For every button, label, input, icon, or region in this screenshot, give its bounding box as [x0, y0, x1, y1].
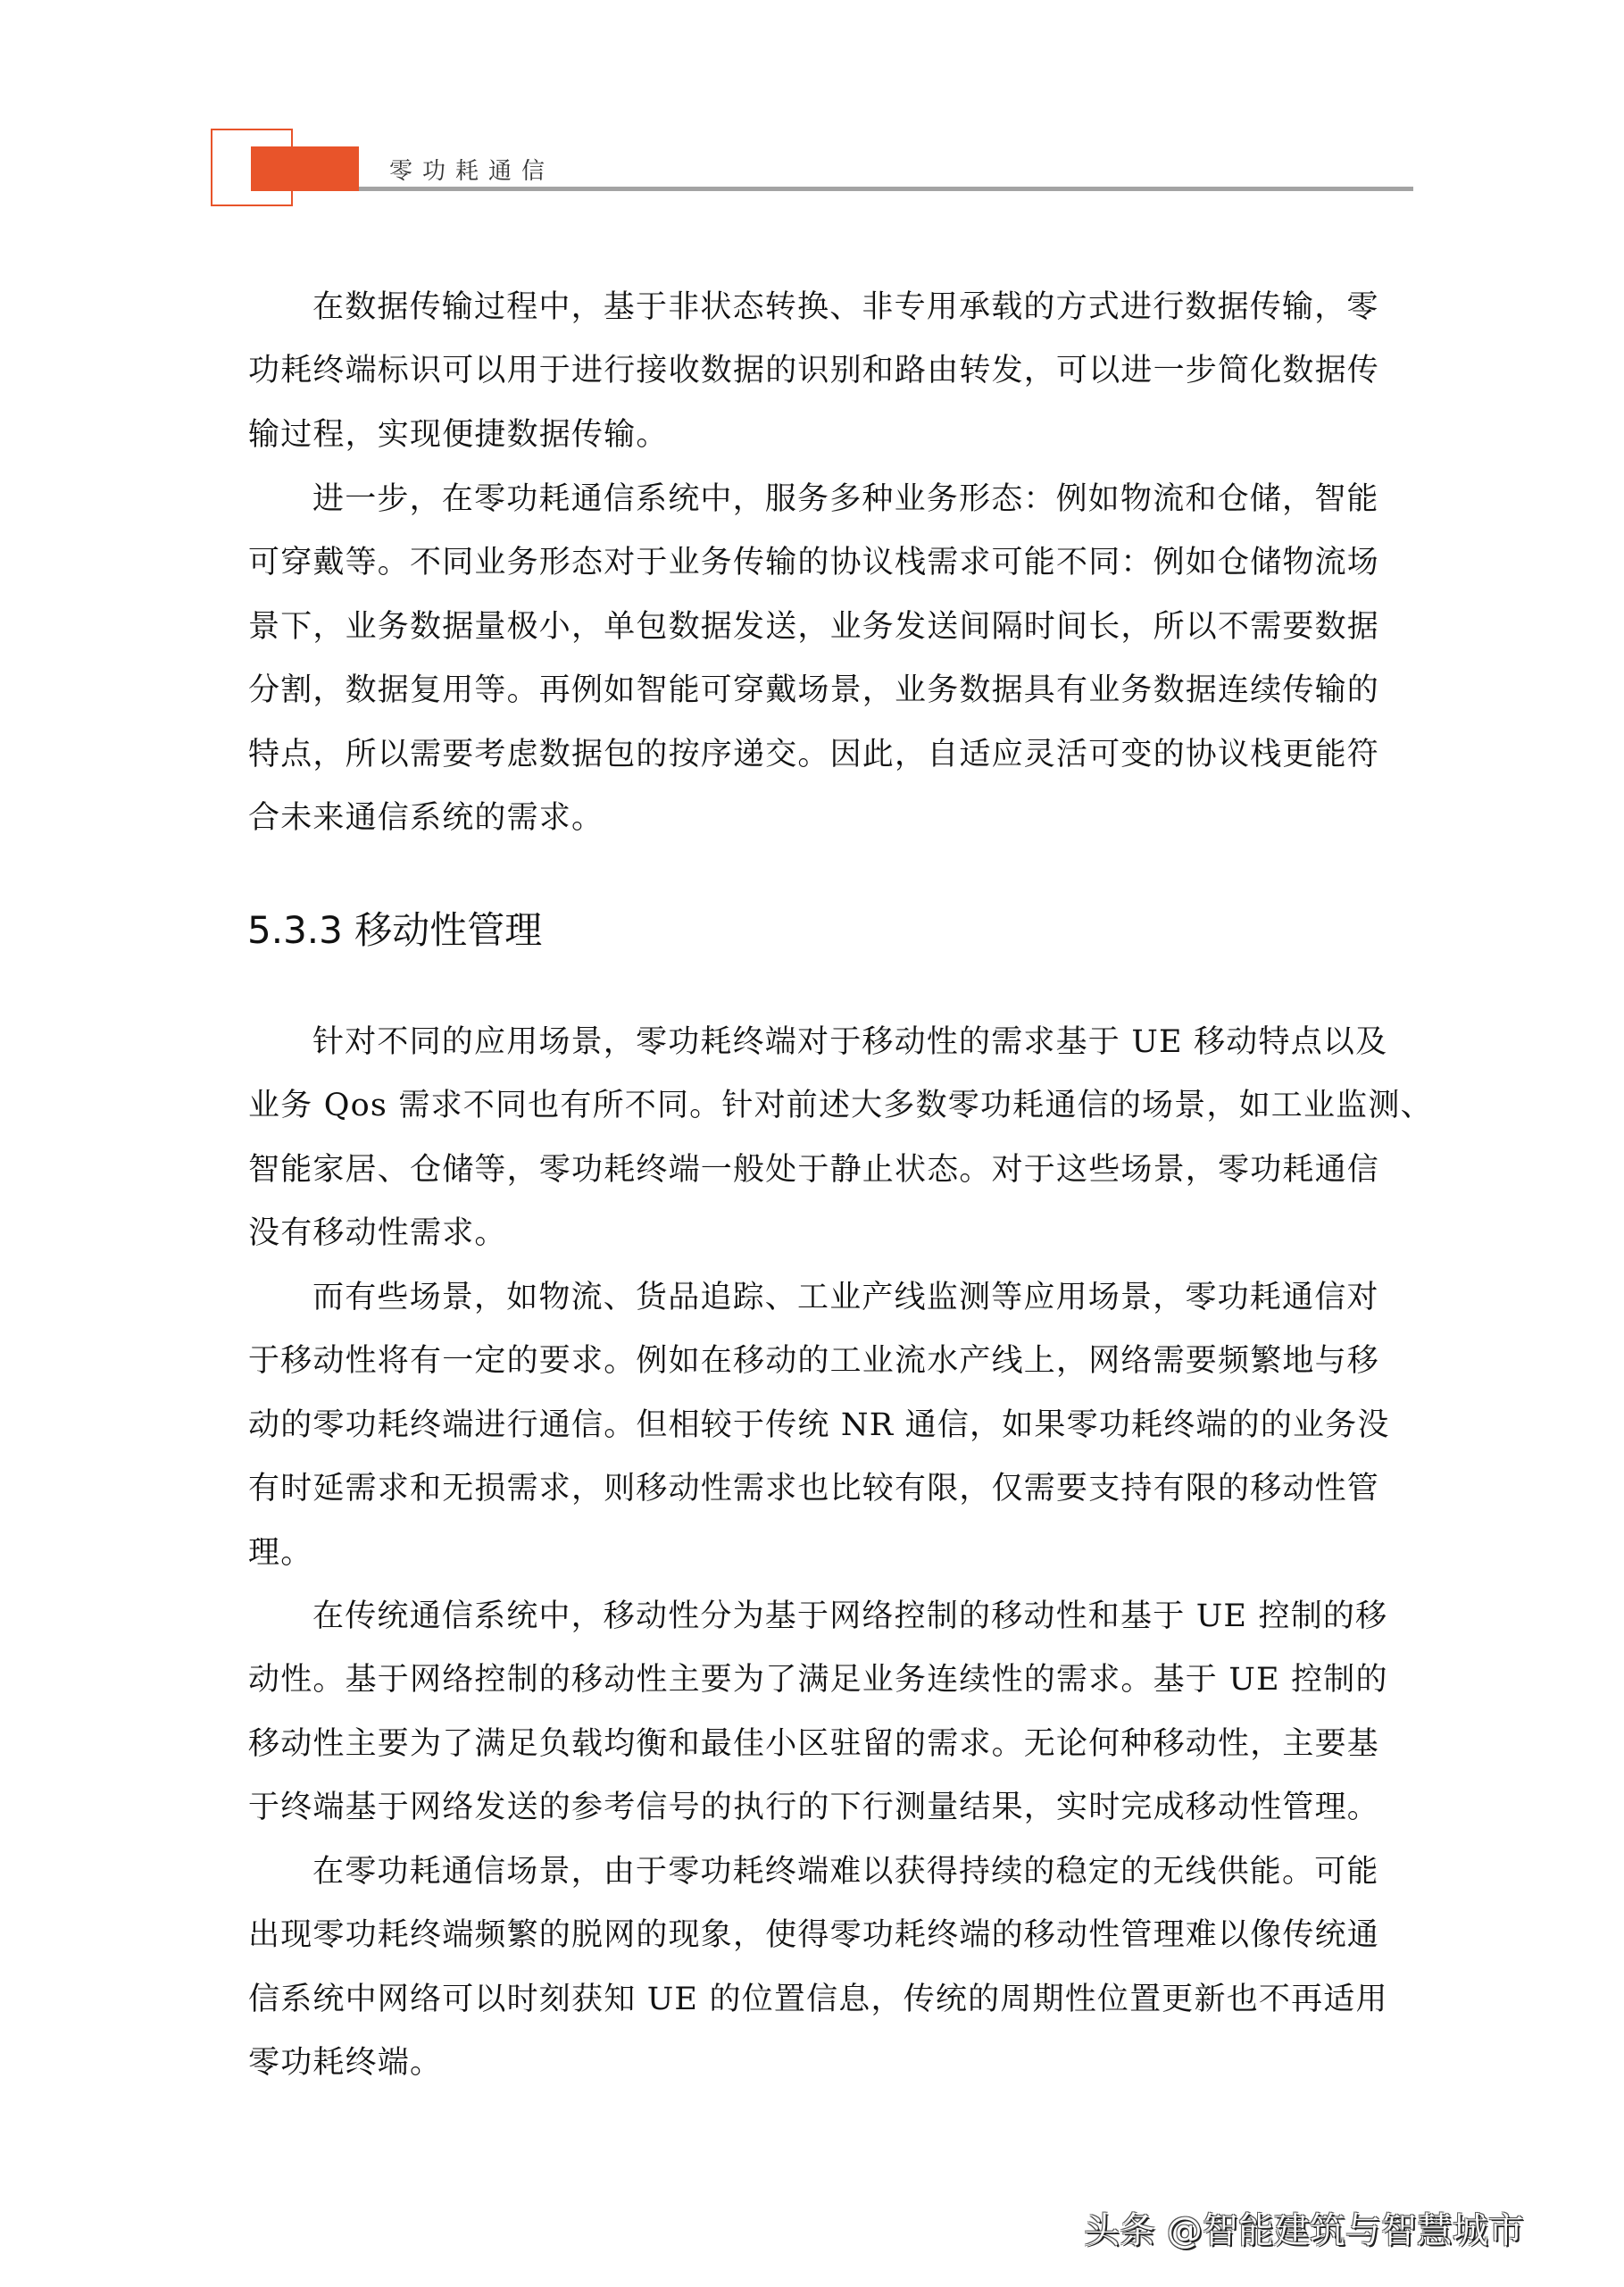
text-line: 出现零功耗终端频繁的脱网的现象，使得零功耗终端的移动性管理难以像传统通 — [248, 1904, 1378, 1967]
text-line: 可穿戴等。不同业务形态对于业务传输的协议栈需求可能不同：例如仓储物流场 — [248, 531, 1378, 595]
text-line: 有时延需求和无损需求，则移动性需求也比较有限，仅需要支持有限的移动性管 — [248, 1457, 1378, 1521]
paragraph: 针对不同的应用场景，零功耗终端对于移动性的需求基于 UE 移动特点以及 业务 Q… — [248, 1011, 1380, 1266]
source-watermark: 头条 @智能建筑与智慧城市 — [1084, 2209, 1524, 2252]
text-line: 特点，所以需要考虑数据包的按序递交。因此，自适应灵活可变的协议栈更能符 — [248, 723, 1378, 787]
text-line: 合未来通信系统的需求。 — [248, 787, 1378, 850]
text-line: 于终端基于网络发送的参考信号的执行的下行测量结果，实时完成移动性管理。 — [248, 1776, 1378, 1840]
header-rule — [359, 187, 1413, 191]
text-line: 功耗终端标识可以用于进行接收数据的识别和路由转发，可以进一步简化数据传 — [248, 339, 1378, 403]
section-heading: 5.3.3 移动性管理 — [247, 906, 542, 956]
text-line: 在传统通信系统中，移动性分为基于网络控制的移动性和基于 UE 控制的移 — [248, 1585, 1378, 1648]
text-line: 分割，数据复用等。再例如智能可穿戴场景，业务数据具有业务数据连续传输的 — [248, 659, 1378, 722]
paragraph: 在传统通信系统中，移动性分为基于网络控制的移动性和基于 UE 控制的移 动性。基… — [248, 1585, 1380, 1840]
text-line: 输过程，实现便捷数据传输。 — [248, 404, 1378, 467]
text-line: 信系统中网络可以时刻获知 UE 的位置信息，传统的周期性位置更新也不再适用 — [248, 1968, 1378, 2032]
text-line: 景下，业务数据量极小，单包数据发送，业务发送间隔时间长，所以不需要数据 — [248, 596, 1378, 659]
text-line: 移动性主要为了满足负载均衡和最佳小区驻留的需求。无论何种移动性，主要基 — [248, 1713, 1378, 1776]
text-line: 智能家居、仓储等，零功耗终端一般处于静止状态。对于这些场景，零功耗通信 — [248, 1139, 1378, 1202]
text-line: 业务 Qos 需求不同也有所不同。针对前述大多数零功耗通信的场景，如工业监测、 — [248, 1074, 1378, 1138]
running-title: 零功耗通信 — [389, 157, 554, 186]
text-line: 在零功耗通信场景，由于零功耗终端难以获得持续的稳定的无线供能。可能 — [248, 1840, 1378, 1904]
text-line: 进一步，在零功耗通信系统中，服务多种业务形态：例如物流和仓储，智能 — [248, 468, 1378, 531]
text-line: 动性。基于网络控制的移动性主要为了满足业务连续性的需求。基于 UE 控制的 — [248, 1648, 1378, 1712]
header-accent-block — [251, 146, 359, 191]
text-line: 没有移动性需求。 — [248, 1202, 1378, 1265]
text-line: 于移动性将有一定的要求。例如在移动的工业流水产线上，网络需要频繁地与移 — [248, 1330, 1378, 1393]
text-line: 动的零功耗终端进行通信。但相较于传统 NR 通信，如果零功耗终端的的业务没 — [248, 1394, 1378, 1457]
paragraph: 而有些场景，如物流、货品追踪、工业产线监测等应用场景，零功耗通信对 于移动性将有… — [248, 1266, 1380, 1585]
paragraph: 在零功耗通信场景，由于零功耗终端难以获得持续的稳定的无线供能。可能 出现零功耗终… — [248, 1840, 1380, 2096]
text-line: 而有些场景，如物流、货品追踪、工业产线监测等应用场景，零功耗通信对 — [248, 1266, 1378, 1330]
text-line: 理。 — [248, 1522, 1378, 1585]
text-line: 针对不同的应用场景，零功耗终端对于移动性的需求基于 UE 移动特点以及 — [248, 1011, 1378, 1074]
paragraph: 进一步，在零功耗通信系统中，服务多种业务形态：例如物流和仓储，智能 可穿戴等。不… — [248, 468, 1380, 850]
text-line: 零功耗终端。 — [248, 2032, 1378, 2095]
paragraph: 在数据传输过程中，基于非状态转换、非专用承载的方式进行数据传输，零 功耗终端标识… — [248, 276, 1380, 467]
text-line: 在数据传输过程中，基于非状态转换、非专用承载的方式进行数据传输，零 — [248, 276, 1378, 339]
